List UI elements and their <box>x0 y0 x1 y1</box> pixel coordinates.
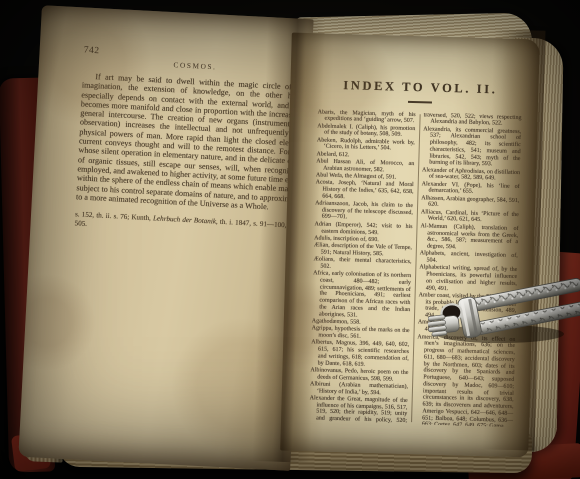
left-page: 742 COSMOS. If art may be said to dwell … <box>18 5 313 471</box>
index-column-left: Abaris, the Magician, myth of his expedi… <box>309 109 416 424</box>
footnote: s. 152, th. ii. s. 76; Kunth, Lehrbuch d… <box>74 210 299 239</box>
index-entry: Alexandria, its commercial greatness, 53… <box>422 126 521 169</box>
index-column-right: traversed, 520, 522; views respecting Al… <box>415 112 522 427</box>
index-entry: traversed, 520, 522; views respecting Al… <box>423 112 521 128</box>
right-page: INDEX TO VOL. II. Abaris, the Magician, … <box>280 33 540 458</box>
title-rule <box>408 101 432 103</box>
body-paragraph: If art may be said to dwell within the m… <box>76 71 307 213</box>
book-photo: 742 COSMOS. If art may be said to dwell … <box>0 0 580 479</box>
index-entry: Amber coast, visited by the Phoenicians,… <box>418 292 517 322</box>
index-columns: Abaris, the Magician, myth of his expedi… <box>309 109 522 427</box>
index-entry: Adriaanszoon, Jacob, his claim to the di… <box>315 200 414 223</box>
index-entry: Alexander the Great, magnitude of the in… <box>309 395 408 426</box>
index-title: INDEX TO VOL. II. <box>318 77 522 98</box>
index-entry: Abeken, Rudolph, admirable work by, ‘Cic… <box>317 137 415 153</box>
footnote-book-title: Lehrbuch der Botanik, <box>153 214 218 225</box>
index-entry: Al-Mamun (Caliph), translation of astron… <box>420 223 519 253</box>
index-entry: Abaris, the Magician, myth of his expedi… <box>317 109 415 125</box>
index-entry: Abdelmalek I. (Caliph), his promotion of… <box>317 123 415 139</box>
index-entry: Africa, early colonisation of its northe… <box>312 270 411 320</box>
index-entry: Amenemha III., formed Lake Moeris, 480. <box>418 320 516 336</box>
index-entry: Alphabetical writing, spread of, by the … <box>419 265 518 295</box>
index-entry: Acosta, Joseph, ‘Natural and Moral Histo… <box>315 180 414 203</box>
index-entry: Albertus, Magnus, 396, 449, 640, 602, 61… <box>311 340 410 370</box>
index-entry: America, discovery of, its effect on men… <box>415 334 516 427</box>
